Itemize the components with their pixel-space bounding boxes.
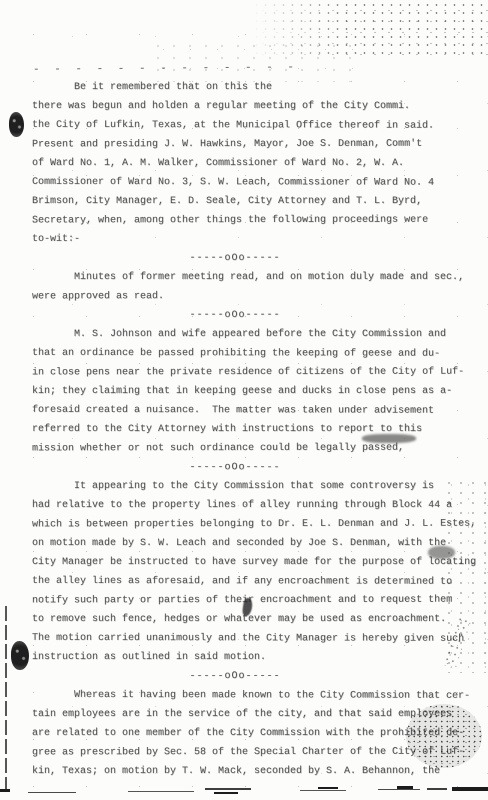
text-line: M. S. Johnson and wife appeared before t…: [32, 325, 478, 344]
text-line: gree as prescribed by Sec. 58 of the Spe…: [32, 743, 478, 763]
text-line: Present and presiding J. W. Hawkins, May…: [32, 135, 478, 155]
section-separator: -----oOo-----: [32, 306, 478, 325]
text-line: notify such party or parties of their en…: [32, 591, 478, 611]
text-line: Commissioner of Ward No. 3, S. W. Leach,…: [32, 173, 478, 193]
section-separator: -----oOo-----: [32, 667, 478, 687]
text-line: foresaid created a nuisance. The matter …: [32, 401, 478, 421]
speckle-noise-top-center: [150, 40, 360, 82]
section-separator: -----oOo-----: [32, 249, 478, 268]
text-line: in close pens near the private residence…: [32, 363, 478, 383]
text-line: It appearing to the City Commission that…: [32, 477, 478, 496]
text-line: instruction as outlined in said motion.: [32, 648, 478, 667]
text-line: the alley lines as aforesaid, and if any…: [32, 572, 478, 592]
text-line: kin; they claiming that in keeping geese…: [32, 382, 478, 401]
section-separator: -----oOo-----: [32, 458, 478, 478]
text-line: on motion made by S. W. Leach and second…: [32, 534, 478, 553]
text-line: City Manager be instructed to have surve…: [32, 553, 478, 572]
text-line: were approved as read.: [32, 287, 478, 307]
scanned-minutes-page: - - - - - - - - - - - - - Be it remember…: [0, 0, 488, 800]
text-line: to-wit:-: [32, 230, 478, 250]
text-line: which is between properties belonging to…: [32, 515, 478, 535]
ink-smudge-legally: [362, 434, 416, 443]
text-line: Minutes of former meeting read, and on m…: [32, 268, 478, 287]
text-line: to remove such fence, hedges or whatever…: [32, 610, 478, 629]
text-line: Be it remembered that on this the: [32, 78, 478, 97]
ink-blot-left-bottom: [11, 641, 29, 670]
text-line: kin, Texas; on motion by T. W. Mack, sec…: [32, 762, 478, 781]
text-line: Whereas it having been made known to the…: [32, 686, 478, 706]
text-line: Brimson, City Manager, E. D. Seale, City…: [32, 192, 478, 211]
minutes-text-block: Be it remembered that on this the there …: [32, 78, 478, 781]
ink-blot-left-top: [9, 112, 24, 137]
text-line: of Ward No. 1, A. M. Walker, Commissione…: [32, 154, 478, 173]
text-line: there was begun and holden a regular mee…: [32, 97, 478, 116]
text-line: tain employees are in the service of the…: [32, 705, 478, 724]
typed-dash-rule: - - - - - - - - - - - - -: [33, 62, 298, 76]
left-margin-scan-line: [5, 606, 7, 792]
text-line: the City of Lufkin, Texas, at the Munici…: [32, 116, 478, 136]
text-line: had relative to the property lines of al…: [32, 496, 478, 515]
text-line: Secretary, when, among other things the …: [32, 211, 478, 231]
text-line: are related to one member of the City Co…: [32, 724, 478, 743]
text-line: that an ordinance be passed prohibiting …: [32, 344, 478, 364]
ink-smudge-locating: [428, 546, 455, 559]
text-line: The motion carried unanimously and the C…: [32, 629, 478, 649]
speckle-noise-top-right: [250, 0, 488, 56]
